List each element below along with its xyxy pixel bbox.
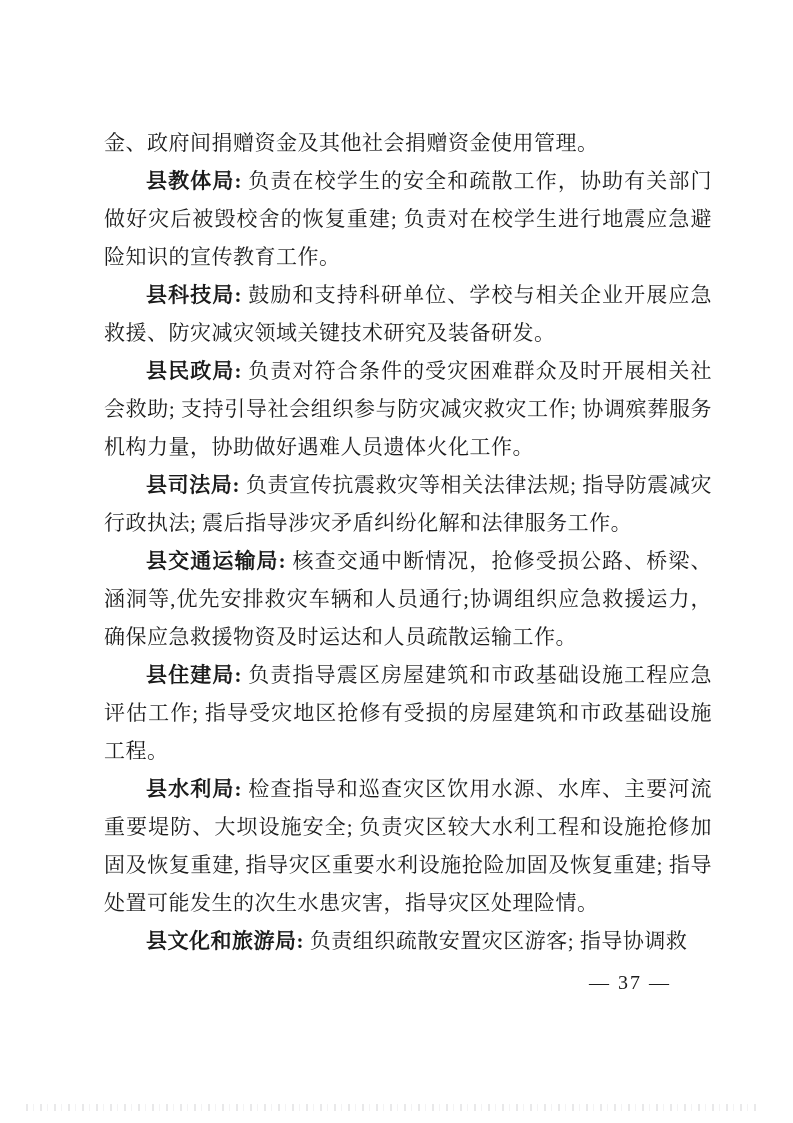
dept-name: 县司法局: — [146, 473, 240, 497]
dept-name: 县教体局: — [146, 169, 242, 193]
paragraph-education-bureau: 县教体局: 负责在校学生的安全和疏散工作，协助有关部门做好灾后被毁校舍的恢复重建… — [104, 162, 712, 276]
paragraph-text: 金、政府间捐赠资金及其他社会捐赠资金使用管理。 — [104, 131, 599, 155]
document-body: 金、政府间捐赠资金及其他社会捐赠资金使用管理。 县教体局: 负责在校学生的安全和… — [104, 124, 712, 960]
dept-name: 县文化和旅游局: — [146, 929, 304, 953]
dept-name: 县住建局: — [146, 663, 242, 687]
paragraph-culture-tourism-bureau: 县文化和旅游局: 负责组织疏散安置灾区游客; 指导协调救 — [104, 922, 712, 960]
dept-name: 县民政局: — [146, 359, 242, 383]
paragraph-housing-bureau: 县住建局: 负责指导震区房屋建筑和市政基础设施工程应急评估工作; 指导受灾地区抢… — [104, 656, 712, 770]
document-page: 金、政府间捐赠资金及其他社会捐赠资金使用管理。 县教体局: 负责在校学生的安全和… — [0, 0, 793, 1123]
paragraph-science-bureau: 县科技局: 鼓励和支持科研单位、学校与相关企业开展应急救援、防灾减灾领域关键技术… — [104, 276, 712, 352]
paragraph-continuation: 金、政府间捐赠资金及其他社会捐赠资金使用管理。 — [104, 124, 712, 162]
dept-name: 县水利局: — [146, 777, 242, 801]
scan-bleedthrough-artifact — [26, 1104, 756, 1111]
paragraph-justice-bureau: 县司法局: 负责宣传抗震救灾等相关法律法规; 指导防震减灾行政执法; 震后指导涉… — [104, 466, 712, 542]
paragraph-transport-bureau: 县交通运输局: 核查交通中断情况，抢修受损公路、桥梁、涵洞等,优先安排救灾车辆和… — [104, 542, 712, 656]
dept-name: 县交通运输局: — [146, 549, 286, 573]
paragraph-civil-affairs-bureau: 县民政局: 负责对符合条件的受灾困难群众及时开展相关社会救助; 支持引导社会组织… — [104, 352, 712, 466]
page-number: — 37 — — [589, 972, 671, 995]
paragraph-water-bureau: 县水利局: 检查指导和巡查灾区饮用水源、水库、主要河流重要堤防、大坝设施安全; … — [104, 770, 712, 922]
paragraph-text: 负责组织疏散安置灾区游客; 指导协调救 — [304, 929, 687, 953]
dept-name: 县科技局: — [146, 283, 242, 307]
